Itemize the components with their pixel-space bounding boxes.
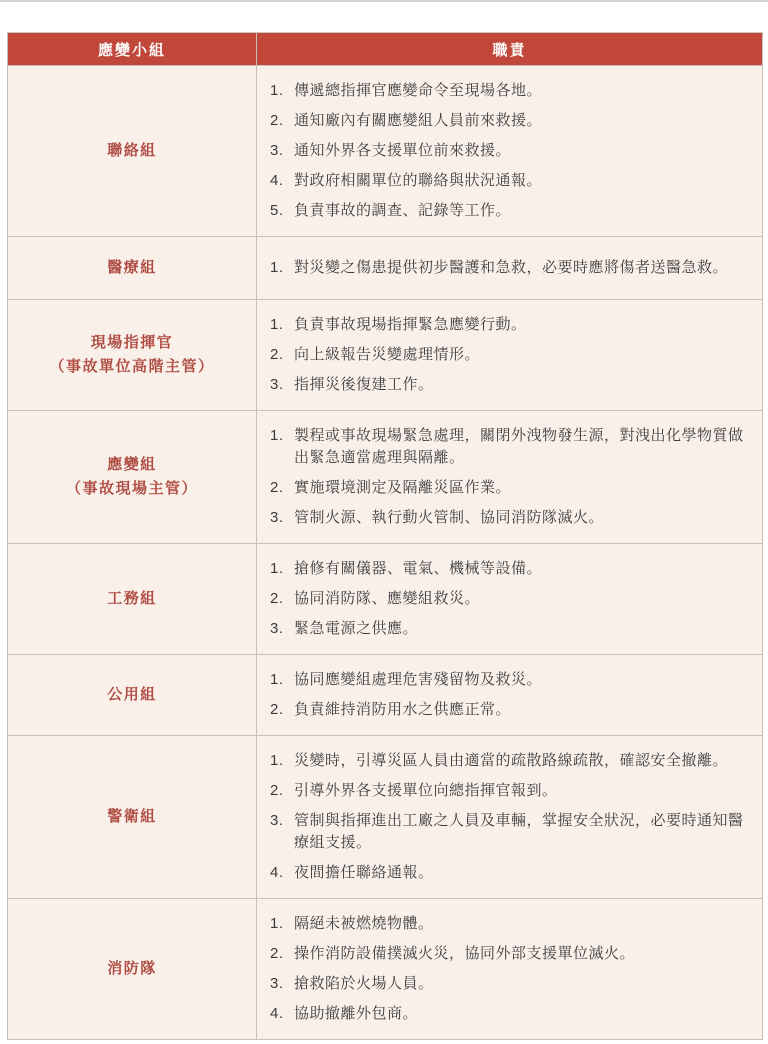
duties-list: 對災變之傷患提供初步醫護和急救，必要時應將傷者送醫急救。 (257, 247, 744, 289)
group-name-cell: 公用組 (8, 655, 257, 736)
duties-cell: 製程或事故現場緊急處理，關閉外洩物發生源，對洩出化學物質做出緊急適當處理與隔離。… (257, 411, 763, 544)
group-name-cell: 消防隊 (8, 899, 257, 1040)
duty-item: 通知廠內有關應變組人員前來救援。 (257, 106, 744, 136)
duties-list: 搶修有關儀器、電氣、機械等設備。協同消防隊、應變組救災。緊急電源之供應。 (257, 554, 744, 644)
group-name: 現場指揮官 (91, 334, 174, 351)
group-name: 消防隊 (107, 960, 157, 977)
group-name: 警衛組 (107, 808, 157, 825)
table-row: 工務組 搶修有關儀器、電氣、機械等設備。協同消防隊、應變組救災。緊急電源之供應。 (8, 544, 763, 655)
duty-item: 引導外界各支援單位向總指揮官報到。 (257, 776, 744, 806)
group-name: 應變組 (107, 456, 157, 473)
duties-cell: 搶修有關儀器、電氣、機械等設備。協同消防隊、應變組救災。緊急電源之供應。 (257, 544, 763, 655)
duties-cell: 傳遞總指揮官應變命令至現場各地。通知廠內有關應變組人員前來救援。通知外界各支援單… (257, 66, 763, 237)
header-cell-team: 應變小組 (8, 33, 257, 66)
duty-item: 協助撤離外包商。 (257, 999, 744, 1029)
group-name-cell: 工務組 (8, 544, 257, 655)
duties-list: 災變時，引導災區人員由適當的疏散路線疏散，確認安全撤離。引導外界各支援單位向總指… (257, 746, 744, 888)
table-row: 醫療組 對災變之傷患提供初步醫護和急救，必要時應將傷者送醫急救。 (8, 237, 763, 300)
duty-item: 指揮災後復建工作。 (257, 370, 744, 400)
duties-cell: 對災變之傷患提供初步醫護和急救，必要時應將傷者送醫急救。 (257, 237, 763, 300)
duty-item: 協同應變組處理危害殘留物及救災。 (257, 665, 744, 695)
table-row: 公用組 協同應變組處理危害殘留物及救災。負責維持消防用水之供應正常。 (8, 655, 763, 736)
duty-item: 負責事故的調查、記錄等工作。 (257, 196, 744, 226)
group-name: 公用組 (107, 686, 157, 703)
duties-cell: 隔絕未被燃燒物體。操作消防設備撲滅火災，協同外部支援單位滅火。搶救陷於火場人員。… (257, 899, 763, 1040)
duty-item: 實施環境測定及隔離災區作業。 (257, 473, 744, 503)
duties-cell: 災變時，引導災區人員由適當的疏散路線疏散，確認安全撤離。引導外界各支援單位向總指… (257, 736, 763, 899)
header-cell-duties: 職責 (257, 33, 763, 66)
duties-list: 隔絕未被燃燒物體。操作消防設備撲滅火災，協同外部支援單位滅火。搶救陷於火場人員。… (257, 909, 744, 1029)
duties-cell: 負責事故現場指揮緊急應變行動。向上級報告災變處理情形。指揮災後復建工作。 (257, 300, 763, 411)
duty-item: 傳遞總指揮官應變命令至現場各地。 (257, 76, 744, 106)
duty-item: 通知外界各支援單位前來救援。 (257, 136, 744, 166)
page-top-edge-line (0, 0, 768, 2)
table-row: 警衛組 災變時，引導災區人員由適當的疏散路線疏散，確認安全撤離。引導外界各支援單… (8, 736, 763, 899)
table-row: 消防隊 隔絕未被燃燒物體。操作消防設備撲滅火災，協同外部支援單位滅火。搶救陷於火… (8, 899, 763, 1040)
duty-item: 負責事故現場指揮緊急應變行動。 (257, 310, 744, 340)
group-name: 醫療組 (107, 259, 157, 276)
duties-list: 負責事故現場指揮緊急應變行動。向上級報告災變處理情形。指揮災後復建工作。 (257, 310, 744, 400)
duty-item: 製程或事故現場緊急處理，關閉外洩物發生源，對洩出化學物質做出緊急適當處理與隔離。 (257, 421, 744, 473)
group-name-cell: 應變組 （事故現場主管） (8, 411, 257, 544)
group-name-cell: 聯絡組 (8, 66, 257, 237)
group-name-cell: 警衛組 (8, 736, 257, 899)
duties-list: 協同應變組處理危害殘留物及救災。負責維持消防用水之供應正常。 (257, 665, 744, 725)
duty-item: 災變時，引導災區人員由適當的疏散路線疏散，確認安全撤離。 (257, 746, 744, 776)
duty-item: 管制火源、執行動火管制、協同消防隊滅火。 (257, 503, 744, 533)
duty-item: 負責維持消防用水之供應正常。 (257, 695, 744, 725)
duty-item: 搶救陷於火場人員。 (257, 969, 744, 999)
duties-list: 製程或事故現場緊急處理，關閉外洩物發生源，對洩出化學物質做出緊急適當處理與隔離。… (257, 421, 744, 533)
group-subtitle: （事故單位高階主管） (14, 355, 250, 379)
duty-item: 對災變之傷患提供初步醫護和急救，必要時應將傷者送醫急救。 (257, 247, 744, 289)
group-name: 聯絡組 (107, 142, 157, 159)
table-header: 應變小組 職責 (8, 33, 763, 66)
duty-item: 對政府相關單位的聯絡與狀況通報。 (257, 166, 744, 196)
duty-item: 管制與指揮進出工廠之人員及車輛，掌握安全狀況，必要時通知醫療組支援。 (257, 806, 744, 858)
duty-item: 協同消防隊、應變組救災。 (257, 584, 744, 614)
table-row: 聯絡組 傳遞總指揮官應變命令至現場各地。通知廠內有關應變組人員前來救援。通知外界… (8, 66, 763, 237)
table-row: 應變組 （事故現場主管） 製程或事故現場緊急處理，關閉外洩物發生源，對洩出化學物… (8, 411, 763, 544)
group-name-cell: 醫療組 (8, 237, 257, 300)
duty-item: 隔絕未被燃燒物體。 (257, 909, 744, 939)
table-row: 現場指揮官 （事故單位高階主管） 負責事故現場指揮緊急應變行動。向上級報告災變處… (8, 300, 763, 411)
group-name: 工務組 (107, 590, 157, 607)
group-name-cell: 現場指揮官 （事故單位高階主管） (8, 300, 257, 411)
duties-cell: 協同應變組處理危害殘留物及救災。負責維持消防用水之供應正常。 (257, 655, 763, 736)
duty-item: 向上級報告災變處理情形。 (257, 340, 744, 370)
group-subtitle: （事故現場主管） (14, 477, 250, 501)
duty-item: 操作消防設備撲滅火災，協同外部支援單位滅火。 (257, 939, 744, 969)
emergency-team-table: 應變小組 職責 聯絡組 傳遞總指揮官應變命令至現場各地。通知廠內有關應變組人員前… (7, 32, 763, 1040)
duty-item: 緊急電源之供應。 (257, 614, 744, 644)
duty-item: 夜間擔任聯絡通報。 (257, 858, 744, 888)
page: 應變小組 職責 聯絡組 傳遞總指揮官應變命令至現場各地。通知廠內有關應變組人員前… (0, 0, 768, 1044)
table-body: 聯絡組 傳遞總指揮官應變命令至現場各地。通知廠內有關應變組人員前來救援。通知外界… (8, 66, 763, 1040)
duty-item: 搶修有關儀器、電氣、機械等設備。 (257, 554, 744, 584)
duties-list: 傳遞總指揮官應變命令至現場各地。通知廠內有關應變組人員前來救援。通知外界各支援單… (257, 76, 744, 226)
